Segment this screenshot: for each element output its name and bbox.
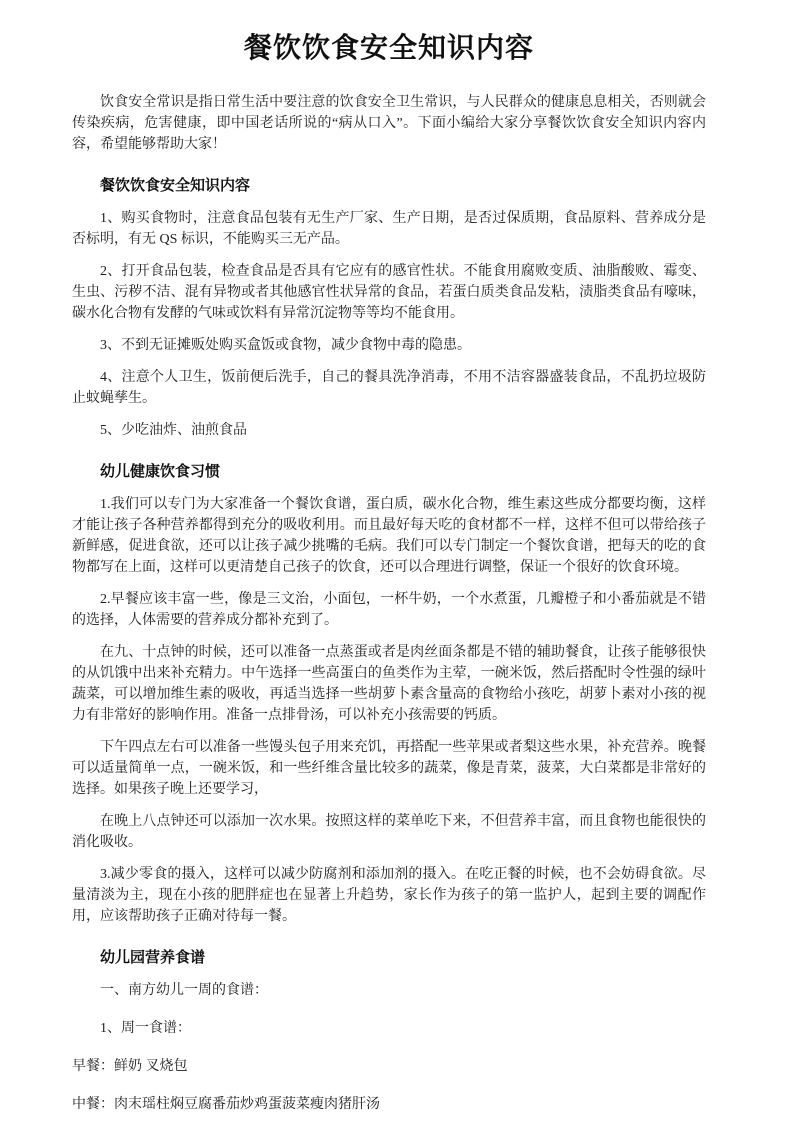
habits-paragraph-4: 下午四点左右可以准备一些馒头包子用来充饥，再搭配一些苹果或者梨这些水果，补充营养… [72,737,706,800]
section-heading-food-safety: 餐饮饮食安全知识内容 [72,176,706,197]
safety-item-4: 4、注意个人卫生，饭前便后洗手，自己的餐具洗净消毒，不用不洁容器盛装食品，不乱扔… [72,367,706,409]
section-heading-child-diet-habits: 幼儿健康饮食习惯 [72,462,706,483]
menu-line-week-title: 一、南方幼儿一周的食谱： [72,980,706,1001]
safety-item-3: 3、不到无证摊贩处购买盒饭或食物，减少食物中毒的隐患。 [72,335,706,356]
habits-paragraph-3: 在九、十点钟的时候，还可以准备一点蒸蛋或者是肉丝面条都是不错的辅助餐食，让孩子能… [72,642,706,726]
habits-paragraph-6: 3.减少零食的摄入，这样可以减少防腐剂和添加剂的摄入。在吃正餐的时候，也不会妨碍… [72,864,706,927]
habits-paragraph-5: 在晚上八点钟还可以添加一次水果。按照这样的菜单吃下来，不但营养丰富，而且食物也能… [72,811,706,853]
safety-item-5: 5、少吃油炸、油煎食品 [72,420,706,441]
habits-paragraph-2: 2.早餐应该丰富一些，像是三文治，小面包，一杯牛奶，一个水煮蛋，几瓣橙子和小番茄… [72,589,706,631]
habits-paragraph-1: 1.我们可以专门为大家准备一个餐饮食谱，蛋白质，碳水化合物，维生素这些成分都要均… [72,494,706,578]
intro-paragraph: 饮食安全常识是指日常生活中要注意的饮食安全卫生常识，与人民群众的健康息息相关，否… [72,92,706,155]
document-page: 餐饮饮食安全知识内容 饮食安全常识是指日常生活中要注意的饮食安全卫生常识，与人民… [0,0,794,1123]
safety-item-2: 2、打开食品包装，检查食品是否具有它应有的感官性状。不能食用腐败变质、油脂酸败、… [72,261,706,324]
document-title: 餐饮饮食安全知识内容 [72,26,706,66]
menu-line-breakfast: 早餐：鲜奶 叉烧包 [72,1056,706,1077]
safety-item-1: 1、购买食物时，注意食品包装有无生产厂家、生产日期，是否过保质期，食品原料、营养… [72,208,706,250]
menu-line-lunch: 中餐：肉末瑶柱焖豆腐番茄炒鸡蛋菠菜瘦肉猪肝汤 [72,1094,706,1115]
menu-line-monday-title: 1、周一食谱： [72,1018,706,1039]
section-heading-kindergarten-menu: 幼儿园营养食谱 [72,948,706,969]
